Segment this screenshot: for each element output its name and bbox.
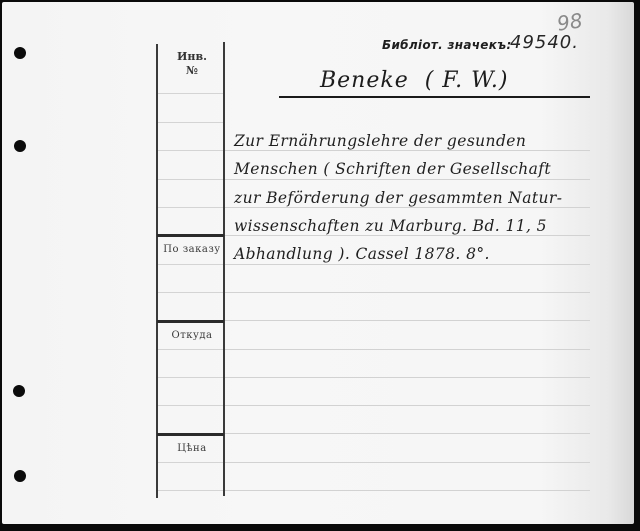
inventory-label-text: Инв. [159, 50, 225, 64]
left-rule [158, 462, 223, 463]
description-line-5: Abhandlung ). Cassel 1878. 8°. [234, 245, 490, 263]
punch-hole-4 [14, 470, 26, 482]
main-rule [225, 150, 590, 151]
main-rule [225, 433, 590, 434]
description-line-1: Zur Ernährungslehre der gesunden [234, 132, 526, 150]
catalog-card: Инв. № По заказу Откуда Цѣна Библіот. зн… [2, 2, 634, 524]
left-rule [158, 122, 223, 123]
description-line-4: wissenschaften zu Marburg. Bd. 11, 5 [234, 217, 547, 235]
main-rule [225, 490, 590, 491]
main-rule [225, 179, 590, 180]
description-line-2: Menschen ( Schriften der Gesellschaft [234, 160, 551, 178]
by-order-label: По заказу [159, 244, 225, 255]
punch-hole-3 [13, 385, 25, 397]
price-label: Цѣна [159, 443, 225, 454]
left-rule [158, 207, 223, 208]
punch-hole-2 [14, 140, 26, 152]
main-rule [225, 320, 590, 321]
divider-by-order [157, 234, 224, 237]
left-rule [158, 179, 223, 180]
description-line-3: zur Beförderung der gesammten Natur- [234, 189, 562, 207]
main-rule [225, 377, 590, 378]
source-label: Откуда [159, 330, 225, 341]
left-rule [158, 150, 223, 151]
main-rule [225, 405, 590, 406]
left-column-border-left [156, 44, 158, 498]
left-rule [158, 377, 223, 378]
left-rule [158, 292, 223, 293]
divider-price [157, 433, 224, 436]
inventory-number-label: Инв. № [159, 50, 225, 78]
main-rule [225, 264, 590, 265]
punch-hole-1 [14, 47, 26, 59]
left-rule [158, 405, 223, 406]
divider-source [157, 320, 224, 323]
main-rule [225, 235, 590, 236]
left-rule [158, 349, 223, 350]
library-sign-number: 49540. [510, 32, 579, 53]
pencil-annotation: 98 [555, 8, 584, 35]
main-rule [225, 462, 590, 463]
main-rule [225, 349, 590, 350]
author-name: Beneke ( F. W.) [320, 68, 508, 93]
library-sign-label: Библіот. значекъ: [382, 38, 512, 52]
left-rule [158, 93, 223, 94]
main-rule [225, 292, 590, 293]
left-column-border-right [223, 42, 225, 496]
author-underline [279, 96, 590, 98]
number-sign: № [159, 64, 225, 78]
left-rule [158, 490, 223, 491]
main-rule [225, 207, 590, 208]
left-rule [158, 264, 223, 265]
